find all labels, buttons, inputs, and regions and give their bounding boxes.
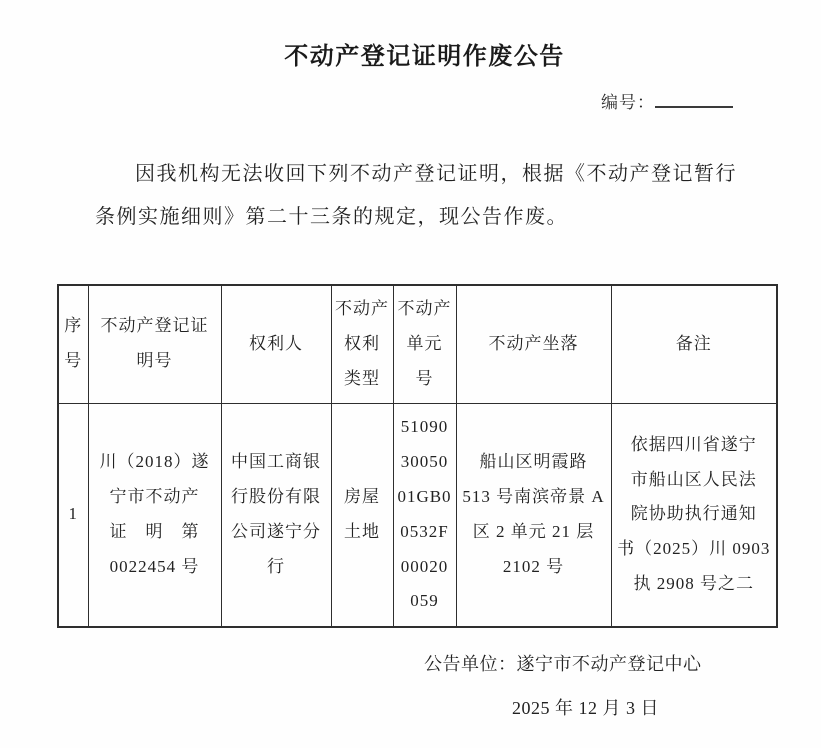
col-header-cert-no: 不动产登记证 明号 xyxy=(88,285,221,403)
table-header-row: 序 号 不动产登记证 明号 权利人 不动产 权利 类型 不动产 单元 号 不动产… xyxy=(58,285,777,403)
cell-right-type: 房屋 土地 xyxy=(331,403,393,627)
cell-location: 船山区明霞路 513 号南滨帝景 A 区 2 单元 21 层 2102 号 xyxy=(456,403,611,627)
footer-date: 2025 年 12 月 3 日 xyxy=(512,694,659,720)
col-header-unit-no: 不动产 单元 号 xyxy=(393,285,456,403)
page-title: 不动产登记证明作废公告 xyxy=(14,36,821,71)
cell-seq: 1 xyxy=(58,403,88,627)
cell-holder: 中国工商银 行股份有限 公司遂宁分 行 xyxy=(221,403,331,627)
notice-number-row: 编号： xyxy=(601,88,733,113)
col-header-seq: 序 号 xyxy=(58,285,88,403)
cell-remark: 依据四川省遂宁 市船山区人民法 院协助执行通知 书（2025）川 0903 执 … xyxy=(611,403,777,627)
col-header-holder: 权利人 xyxy=(221,285,331,403)
table-data-row: 1 川（2018）遂 宁市不动产 证 明 第 0022454 号 中国工商银 行… xyxy=(58,403,777,627)
scanned-notice-page: 不动产登记证明作废公告 编号： 因我机构无法收回下列不动产登记证明，根据《不动产… xyxy=(0,0,821,748)
col-header-right-type: 不动产 权利 类型 xyxy=(331,285,393,403)
certificates-table: 序 号 不动产登记证 明号 权利人 不动产 权利 类型 不动产 单元 号 不动产… xyxy=(57,284,778,628)
col-header-remark: 备注 xyxy=(611,285,777,403)
notice-number-label: 编号： xyxy=(601,93,655,112)
notice-number-blank-line xyxy=(655,88,733,108)
col-header-location: 不动产坐落 xyxy=(456,285,611,403)
cell-cert-no: 川（2018）遂 宁市不动产 证 明 第 0022454 号 xyxy=(88,403,221,627)
cell-unit-no: 51090 30050 01GB0 0532F 00020 059 xyxy=(393,403,456,627)
notice-body-paragraph: 因我机构无法收回下列不动产登记证明，根据《不动产登记暂行 条例实施细则》第二十三… xyxy=(95,153,767,239)
footer-issuer: 公告单位：遂宁市不动产登记中心 xyxy=(424,650,702,676)
